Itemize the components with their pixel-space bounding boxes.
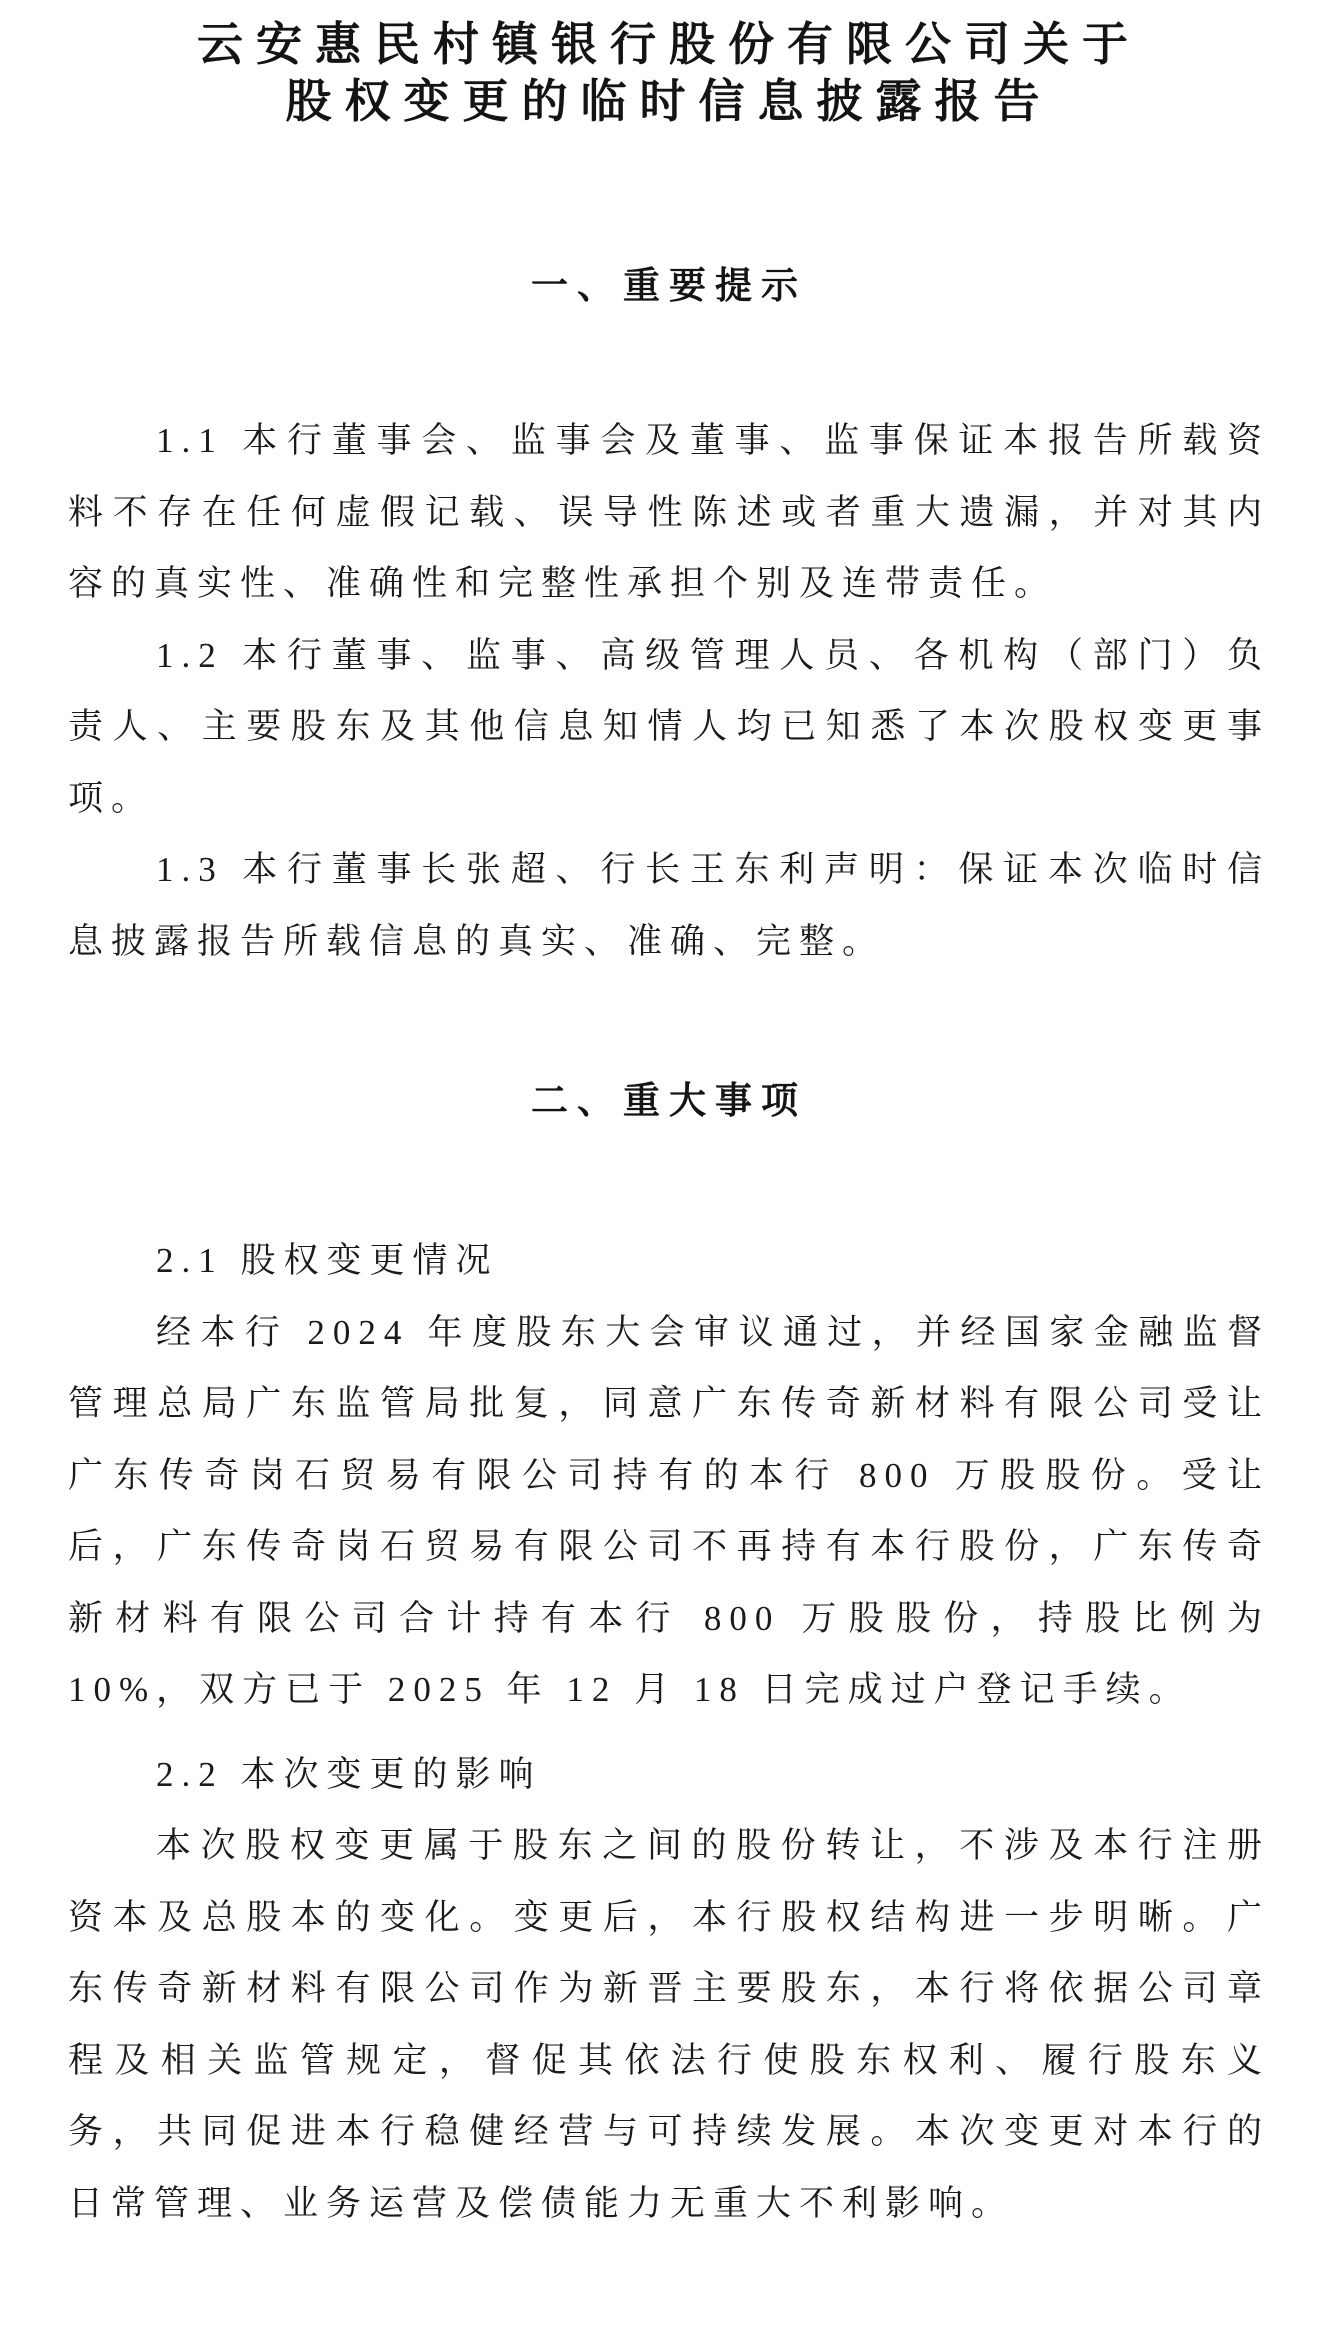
paragraph-2-2-body: 本次股权变更属于股东之间的股份转让，不涉及本行注册资本及总股本的变化。变更后，本… (68, 1810, 1270, 2239)
paragraph-1-1: 1.1 本行董事会、监事会及董事、监事保证本报告所载资料不存在任何虚假记载、误导… (68, 405, 1270, 620)
document-page: 云安惠民村镇银行股份有限公司关于 股权变更的临时信息披露报告 一、重要提示 1.… (0, 0, 1339, 2343)
paragraph-1-3: 1.3 本行董事长张超、行长王东利声明：保证本次临时信息披露报告所载信息的真实、… (68, 834, 1270, 977)
section-heading-major-events: 二、重大事项 (68, 1080, 1270, 1124)
section-heading-important-notice: 一、重要提示 (68, 265, 1270, 309)
document-title-line2: 股权变更的临时信息披露报告 (68, 73, 1270, 130)
paragraph-1-2: 1.2 本行董事、监事、高级管理人员、各机构（部门）负责人、主要股东及其他信息知… (68, 620, 1270, 835)
subheading-2-2-change-impact: 2.2 本次变更的影响 (68, 1739, 1270, 1811)
subheading-2-1-equity-change: 2.1 股权变更情况 (68, 1225, 1270, 1297)
document-title: 云安惠民村镇银行股份有限公司关于 股权变更的临时信息披露报告 (68, 16, 1270, 130)
document-title-line1: 云安惠民村镇银行股份有限公司关于 (68, 16, 1270, 73)
paragraph-2-1-body: 经本行 2024 年度股东大会审议通过，并经国家金融监督管理总局广东监管局批复，… (68, 1297, 1270, 1726)
